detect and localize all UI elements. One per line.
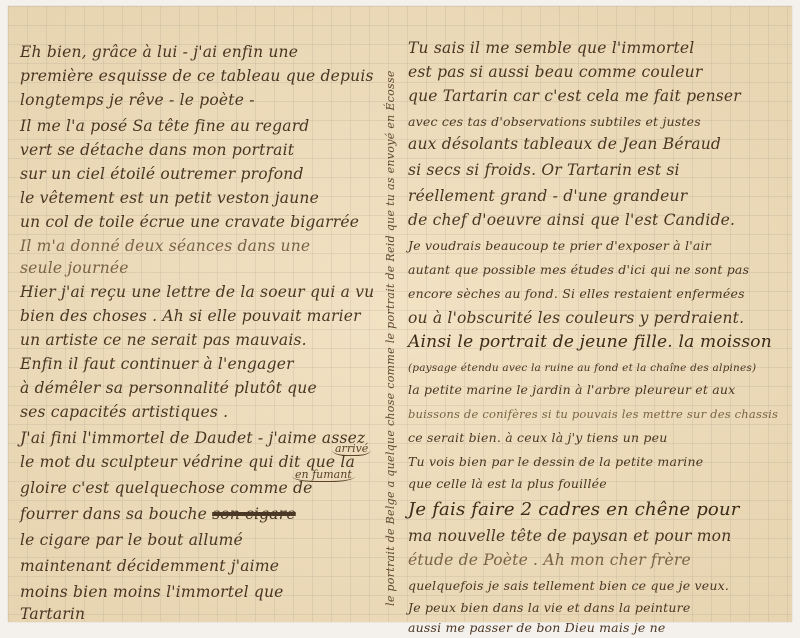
letter-line: avec ces tas d'observations subtiles et … [408,112,701,132]
letter-line: un artiste ce ne serait pas mauvais. [20,330,307,350]
letter-line: si secs si froids. Or Tartarin est si [408,160,680,180]
letter-line: encore sèches au fond. Si elles restaien… [408,284,745,304]
letter-line: ses capacités artistiques . [20,402,228,422]
letter-line: moins bien moins l'immortel que [20,582,284,602]
letter-line: gloire c'est quelquechose comme de [20,478,312,498]
letter-line: que celle là est la plus fouillée [408,474,607,494]
letter-line: J'ai fini l'immortel de Daudet - j'aime … [20,428,365,448]
letter-page: Eh bien, grâce à lui - j'ai enfin une pr… [8,6,792,622]
letter-line: le cigare par le bout allumé [20,530,243,550]
letter-line: Je peux bien dans la vie et dans la pein… [408,598,690,618]
letter-line: fourrer dans sa bouche son cigare [20,504,296,524]
letter-line: bien des choses . Ah si elle pouvait mar… [20,306,361,326]
letter-line: Enfin il faut continuer à l'engager [20,354,294,374]
letter-line: Hier j'ai reçu une lettre de la soeur qu… [20,282,374,302]
letter-line: ou à l'obscurité les couleurs y perdraie… [408,308,744,328]
letter-line: Il me l'a posé Sa tête fine au regard [20,116,309,136]
letter-line: buissons de conifères si tu pouvais les … [408,404,778,424]
letter-line: à démêler sa personnalité plutôt que [20,378,317,398]
letter-line: sur un ciel étoilé outremer profond [20,164,304,184]
letter-line: longtemps je rêve - le poète - [20,90,255,110]
margin-note: le portrait de Belge a quelque chose com… [384,70,397,606]
letter-line: Tu sais il me semble que l'immortel [408,38,694,58]
letter-line: aux désolants tableaux de Jean Béraud [408,134,721,154]
letter-line: Je fais faire 2 cadres en chêne pour [408,500,740,520]
letter-line: Je voudrais beaucoup te prier d'exposer … [408,236,711,256]
letter-line: quelquefois je sais tellement bien ce qu… [408,576,729,596]
struck-out-text: son cigare [212,505,296,523]
letter-line: le vêtement est un petit veston jaune [20,188,319,208]
letter-line: est pas si aussi beau comme couleur [408,62,702,82]
letter-line: la petite marine le jardin à l'arbre ple… [408,380,735,400]
letter-line: vert se détache dans mon portrait [20,140,294,160]
letter-line: de chef d'oeuvre ainsi que l'est Candide… [408,210,735,230]
letter-line: Ainsi le portrait de jeune fille. la moi… [408,332,772,352]
letter-line: autant que possible mes études d'ici qui… [408,260,749,280]
letter-line: réellement grand - d'une grandeur [408,186,687,206]
letter-line: (paysage étendu avec la ruine au fond et… [408,358,756,378]
letter-line: un col de toile écrue une cravate bigarr… [20,212,359,232]
letter-line: Il m'a donné deux séances dans une [20,236,310,256]
letter-line: Tartarin [20,604,85,624]
letter-line: que Tartarin car c'est cela me fait pens… [408,86,741,106]
letter-line: Eh bien, grâce à lui - j'ai enfin une [20,42,298,62]
letter-line-text: fourrer dans sa bouche [20,505,207,523]
letter-line: première esquisse de ce tableau que depu… [20,66,374,86]
letter-line: ce serait bien. à ceux là j'y tiens un p… [408,428,667,448]
letter-line: Tu vois bien par le dessin de la petite … [408,452,703,472]
letter-line: aussi me passer de bon Dieu mais je ne [408,618,666,630]
letter-line: étude de Poète . Ah mon cher frère [408,550,691,570]
letter-line: ma nouvelle tête de paysan et pour mon [408,526,731,546]
letter-line: seule journée [20,258,129,278]
letter-line: maintenant décidemment j'aime [20,556,279,576]
